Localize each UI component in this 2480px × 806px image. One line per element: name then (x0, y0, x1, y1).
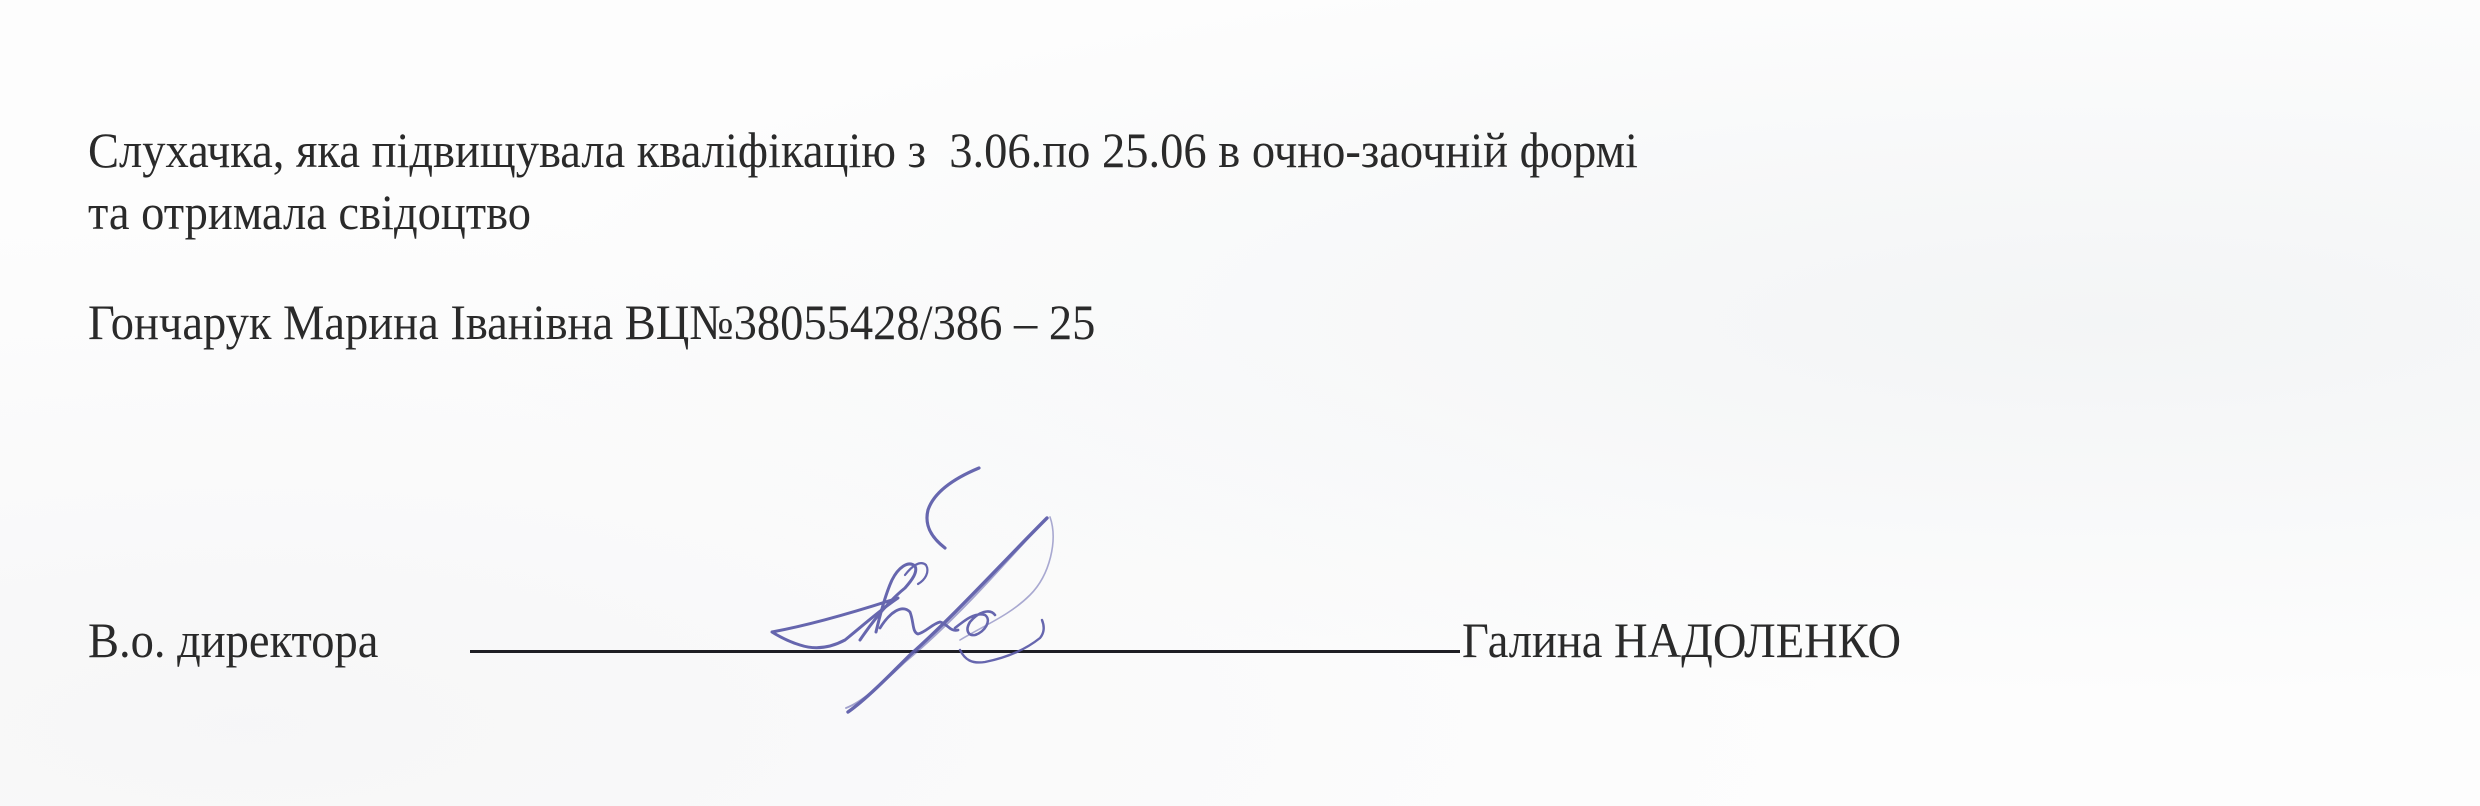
paragraph-line-1: Слухачка, яка підвищувала кваліфікацію з… (88, 125, 1638, 175)
handwritten-signature-icon (0, 0, 2480, 806)
recipient-certificate-line: Гончарук Марина Іванівна ВЦ№38055428/386… (88, 297, 1095, 347)
signature-underline (470, 650, 1460, 653)
document-page: Слухачка, яка підвищувала кваліфікацію з… (0, 0, 2480, 806)
paragraph-line-2: та отримала свідоцтво (88, 187, 531, 237)
position-label: В.о. директора (88, 615, 378, 665)
signatory-name: Галина НАДОЛЕНКО (1462, 615, 1901, 665)
